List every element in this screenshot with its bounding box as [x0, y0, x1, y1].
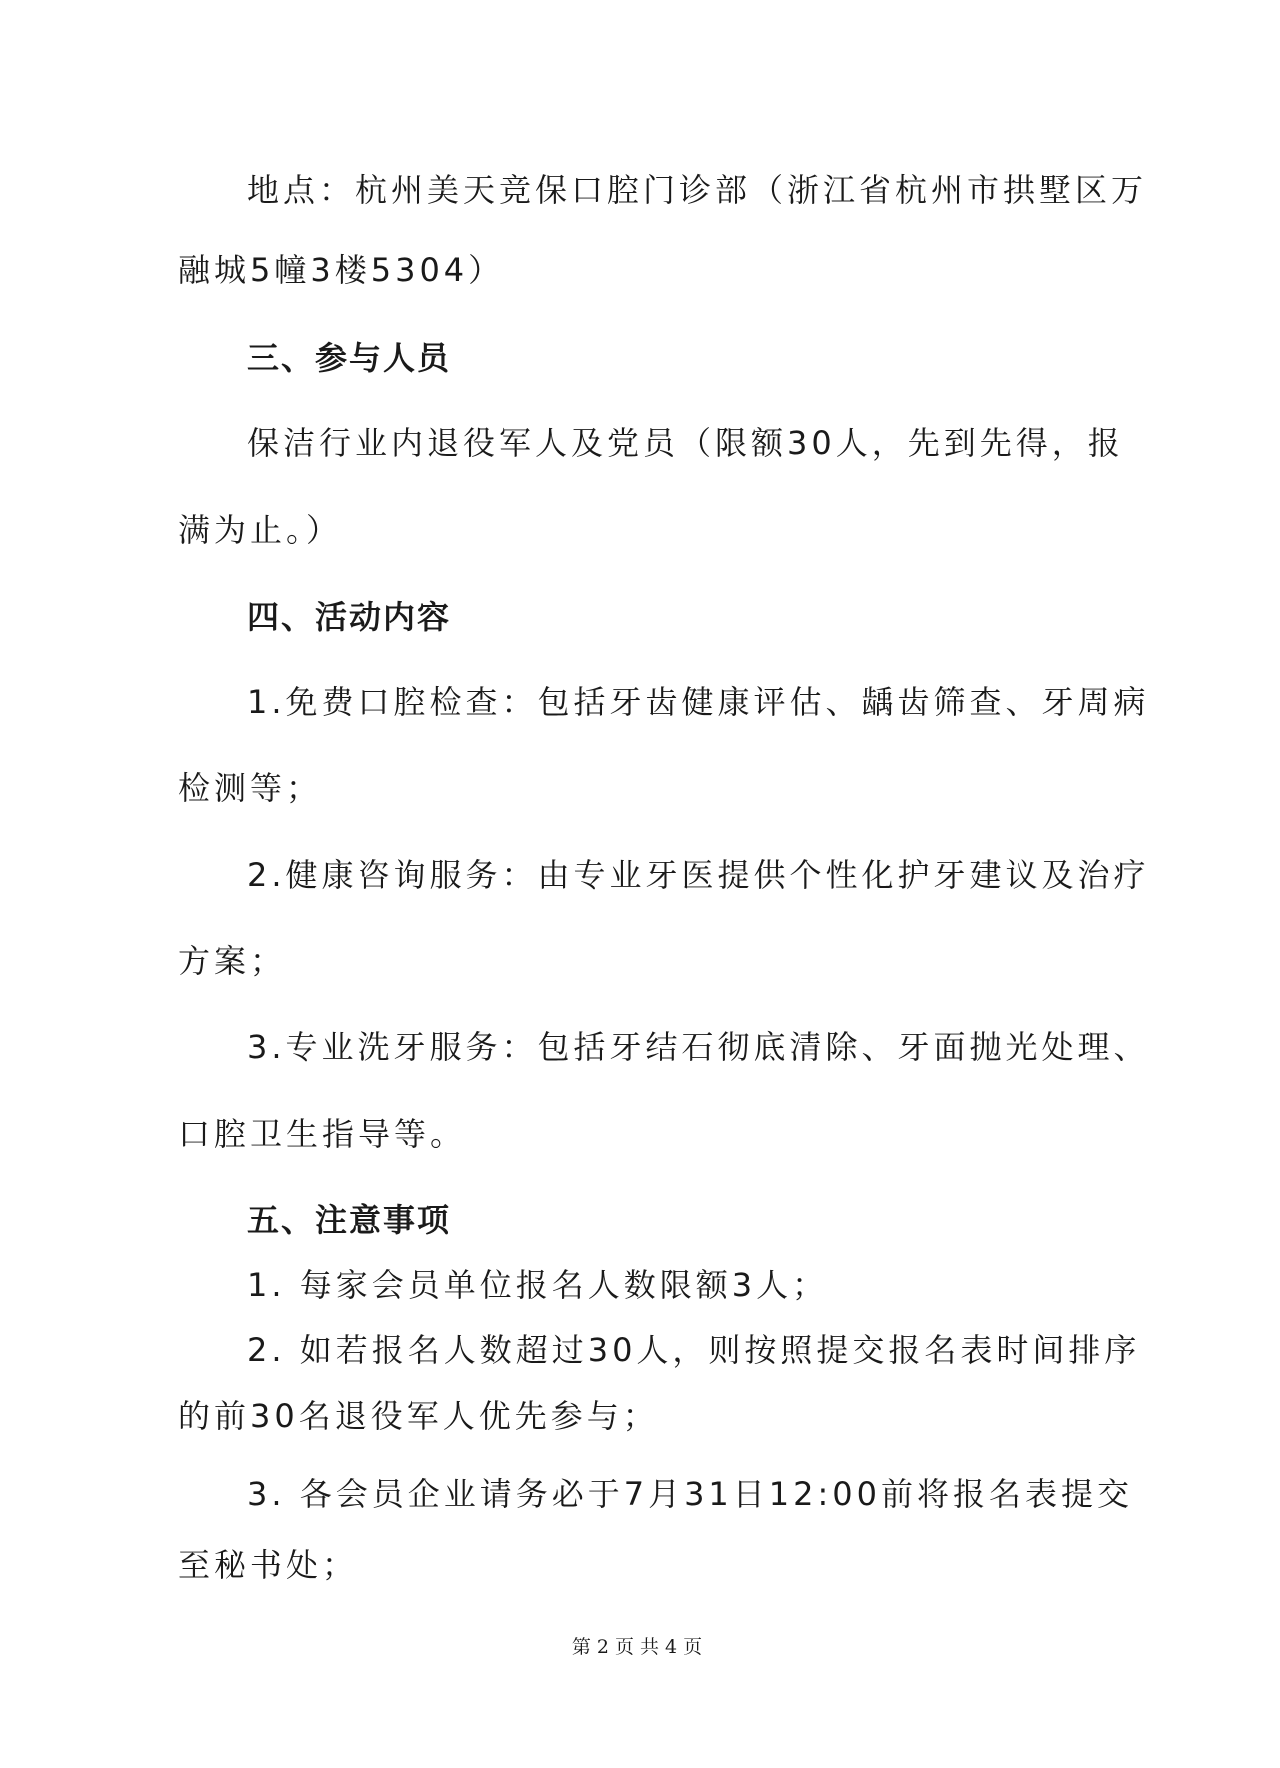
note-item-3-line-2: 至秘书处；	[178, 1545, 358, 1585]
location-line-1: 地点：杭州美天竞保口腔门诊部（浙江省杭州市拱墅区万	[247, 170, 1147, 210]
note-item-2-line-1: 2. 如若报名人数超过30人，则按照提交报名表时间排序	[247, 1330, 1140, 1370]
note-item-2-line-2: 的前30名退役军人优先参与；	[178, 1396, 659, 1436]
section-heading-activities: 四、活动内容	[247, 597, 451, 637]
participants-line-2: 满为止。）	[178, 510, 342, 550]
note-item-3-line-1: 3. 各会员企业请务必于7月31日12:00前将报名表提交	[247, 1474, 1133, 1514]
activity-item-1-line-2: 检测等；	[178, 768, 322, 808]
activity-item-3-line-2: 口腔卫生指导等。	[178, 1114, 466, 1154]
location-line-2: 融城5幢3楼5304）	[178, 250, 504, 290]
activity-item-3-line-1: 3.专业洗牙服务：包括牙结石彻底清除、牙面抛光处理、	[247, 1027, 1150, 1067]
section-heading-participants: 三、参与人员	[247, 338, 451, 378]
activity-item-1-line-1: 1.免费口腔检查：包括牙齿健康评估、龋齿筛查、牙周病	[247, 682, 1150, 722]
note-item-1: 1. 每家会员单位报名人数限额3人；	[247, 1265, 828, 1305]
section-heading-notes: 五、注意事项	[247, 1200, 451, 1240]
activity-item-2-line-1: 2.健康咨询服务：由专业牙医提供个性化护牙建议及治疗	[247, 855, 1150, 895]
page-number-footer: 第2页共4页	[0, 1632, 1280, 1659]
activity-item-2-line-2: 方案；	[178, 941, 286, 981]
participants-line-1: 保洁行业内退役军人及党员（限额30人，先到先得，报	[247, 423, 1124, 463]
